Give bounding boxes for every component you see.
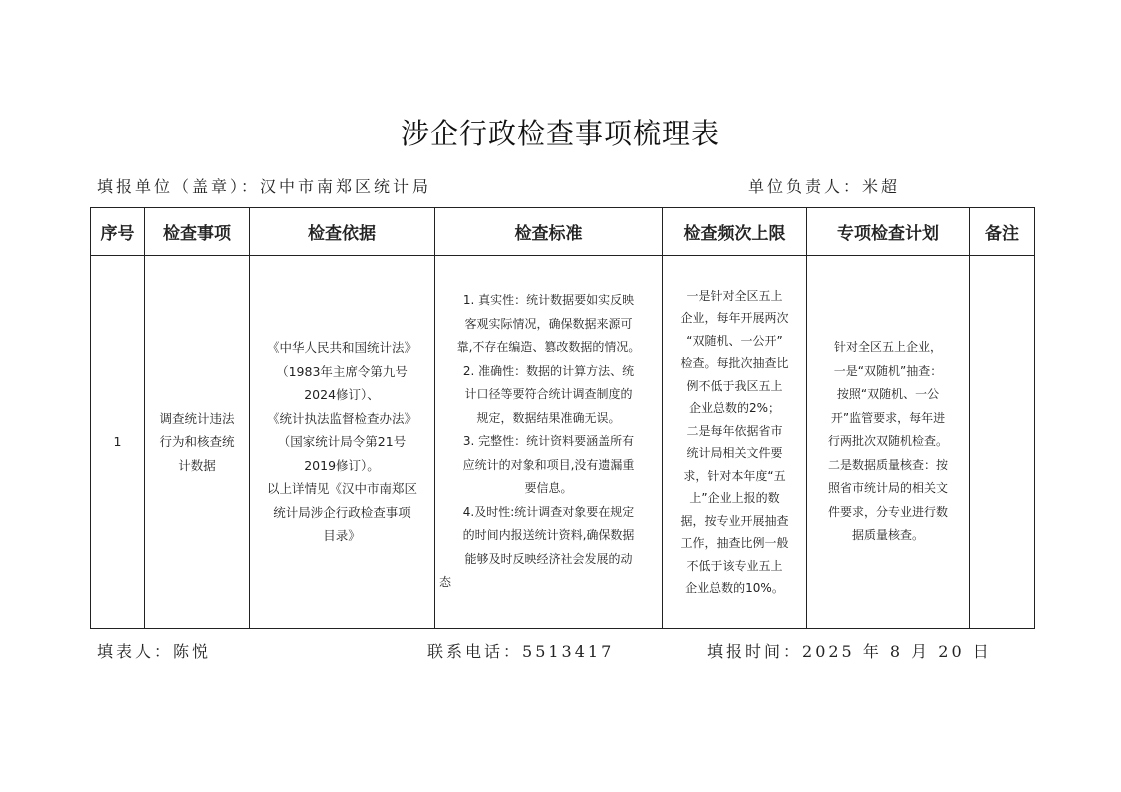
inspection-table: 序号 检查事项 检查依据 检查标准 检查频次上限 专项检查计划 备注 1 调查统… xyxy=(90,207,1035,629)
cell-frequency: 一是针对全区五上 企业，每年开展两次 “双随机、一公开” 检查。每批次抽查比 例… xyxy=(663,256,807,629)
item-lines: 调查统计违法 行为和核查统 计数据 xyxy=(145,407,249,478)
responsible-value: 米超 xyxy=(862,177,900,196)
fill-date: 填报时间：2025 年 8 月 20 日 xyxy=(707,639,992,662)
filler-label: 填表人： xyxy=(97,642,173,661)
phone-label: 联系电话： xyxy=(427,642,522,661)
header-remark: 备注 xyxy=(970,208,1035,256)
header-index: 序号 xyxy=(91,208,145,256)
header-standard: 检查标准 xyxy=(435,208,663,256)
document-title: 涉企行政检查事项梳理表 xyxy=(0,112,1121,152)
plan-lines: 针对全区五上企业， 一是“双随机”抽查： 按照“双随机、一公 开”监管要求，每年… xyxy=(807,336,969,548)
cell-index: 1 xyxy=(91,256,145,629)
responsible-person: 单位负责人：米超 xyxy=(748,174,900,197)
contact-phone: 联系电话：5513417 xyxy=(427,639,614,662)
table-row: 1 调查统计违法 行为和核查统 计数据 《中华人民共和国统计法》 （1983年主… xyxy=(91,256,1035,629)
phone-value: 5513417 xyxy=(522,642,614,661)
filler: 填表人：陈悦 xyxy=(97,639,211,662)
cell-standard: 1. 真实性：统计数据要如实反映 客观实际情况，确保数据来源可 靠,不存在编造、… xyxy=(435,256,663,629)
responsible-label: 单位负责人： xyxy=(748,177,862,196)
standard-lines: 1. 真实性：统计数据要如实反映 客观实际情况，确保数据来源可 靠,不存在编造、… xyxy=(435,289,662,595)
date-label: 填报时间： xyxy=(707,642,802,661)
frequency-lines: 一是针对全区五上 企业，每年开展两次 “双随机、一公开” 检查。每批次抽查比 例… xyxy=(663,285,806,600)
cell-plan: 针对全区五上企业， 一是“双随机”抽查： 按照“双随机、一公 开”监管要求，每年… xyxy=(807,256,970,629)
header-row: 序号 检查事项 检查依据 检查标准 检查频次上限 专项检查计划 备注 xyxy=(91,208,1035,256)
filing-unit: 填报单位（盖章）：汉中市南郑区统计局 xyxy=(97,174,431,197)
filler-value: 陈悦 xyxy=(173,642,211,661)
filing-unit-value: 汉中市南郑区统计局 xyxy=(260,177,431,196)
header-frequency: 检查频次上限 xyxy=(663,208,807,256)
header-basis: 检查依据 xyxy=(250,208,435,256)
basis-lines: 《中华人民共和国统计法》 （1983年主席令第九号 2024修订）、 《统计执法… xyxy=(250,336,434,548)
date-value: 2025 年 8 月 20 日 xyxy=(802,642,992,661)
cell-remark xyxy=(970,256,1035,629)
cell-basis: 《中华人民共和国统计法》 （1983年主席令第九号 2024修订）、 《统计执法… xyxy=(250,256,435,629)
cell-item: 调查统计违法 行为和核查统 计数据 xyxy=(145,256,250,629)
header-item: 检查事项 xyxy=(145,208,250,256)
filing-unit-label: 填报单位（盖章）： xyxy=(97,177,260,196)
header-plan: 专项检查计划 xyxy=(807,208,970,256)
